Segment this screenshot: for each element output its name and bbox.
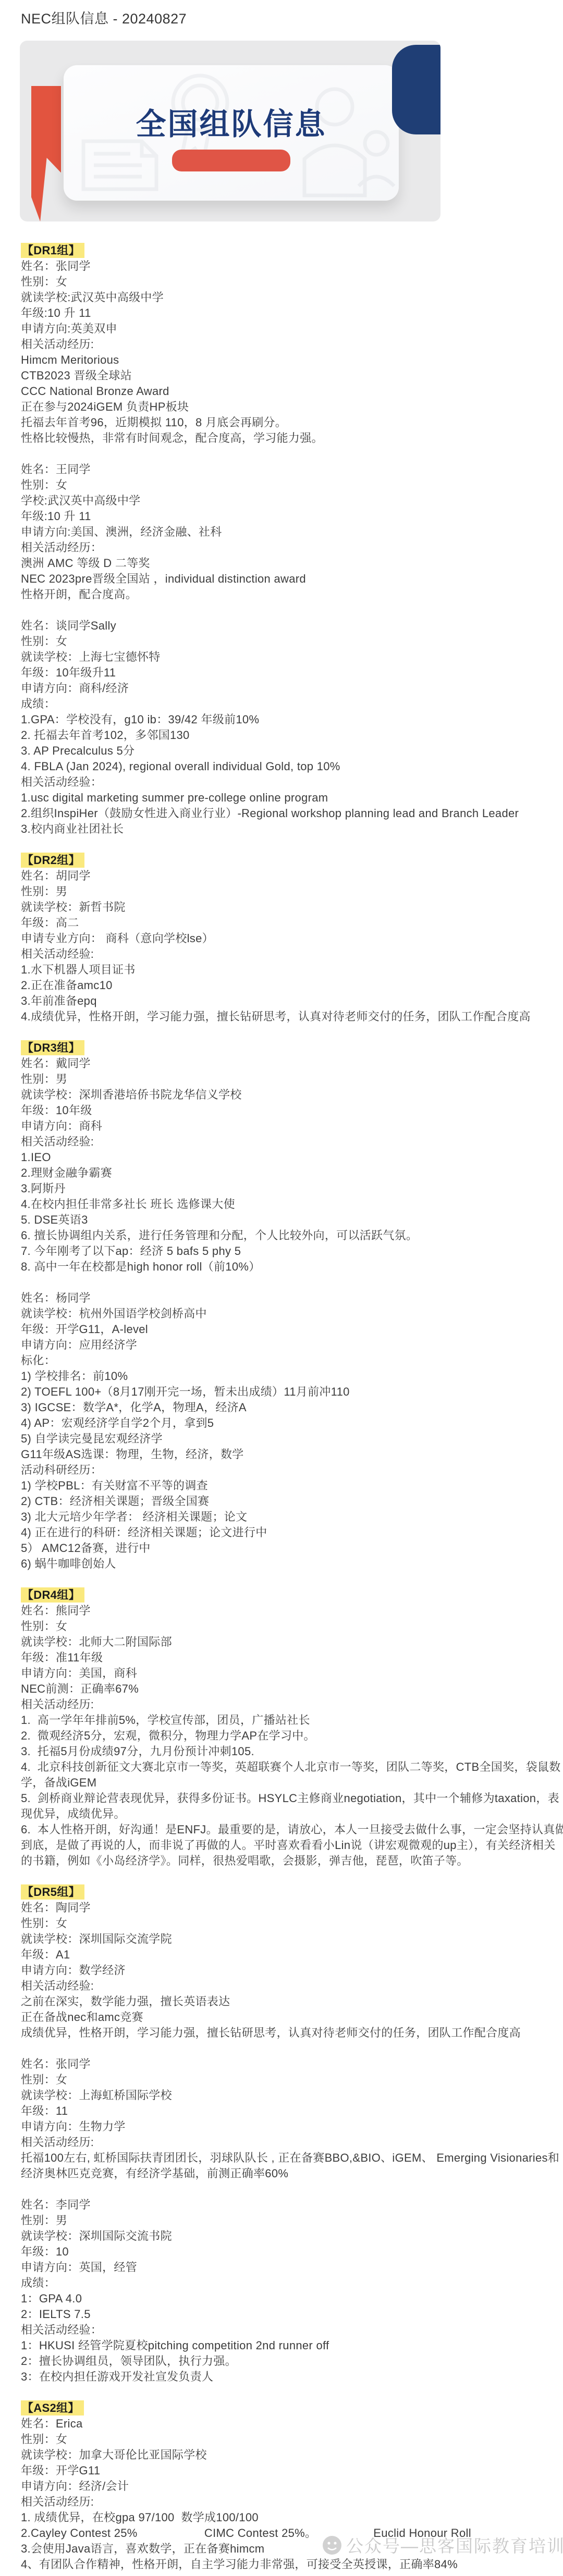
body-line: 成绩优异，性格开朗，学习能力强，擅长钻研思考，认真对待老师交付的任务，团队工作配… <box>21 2025 547 2041</box>
blue-blob-decoration <box>392 45 440 134</box>
body-line: 3.校内商业社团社长 <box>21 821 547 837</box>
body-line: 8. 高中一年在校都是high honor roll（前10%） <box>21 1259 547 1275</box>
body-line: 年级：10年级 <box>21 1103 547 1118</box>
body-line: 申请方向：经济/会计 <box>21 2479 547 2494</box>
body-line: 4.成绩优异，性格开朗，学习能力强，擅长钻研思考，认真对待老师交付的任务，团队工… <box>21 1009 547 1025</box>
body-line: CCC National Bronze Award <box>21 384 547 399</box>
body-line: 就读学校：加拿大哥伦比亚国际学校 <box>21 2447 547 2463</box>
body-line: 姓名：王同学 <box>21 462 547 477</box>
body-line: 澳洲 AMC 等级 D 二等奖 <box>21 556 547 571</box>
body-line: 1.IEO <box>21 1150 547 1165</box>
body-line: 申请方向：数学经济 <box>21 1963 547 1978</box>
body-line: 1. 高一学年年排前5%，学校宣传部，团员，广播站社长 <box>21 1712 547 1728</box>
body-line: 3) IGCSE：数学A*，化学A，物理A，经济A <box>21 1400 547 1415</box>
body-line <box>21 1869 547 1884</box>
body-line: 6) 蜗牛咖啡创始人 <box>21 1556 547 1572</box>
body-line: 申请方向：生物力学 <box>21 2119 547 2135</box>
body-line: 4. 北京科技创新征文大赛北京市一等奖，英超联赛个人北京市一等奖，团队二等奖，C… <box>21 1759 547 1775</box>
body-line: 申请方向：应用经济学 <box>21 1337 547 1353</box>
body-line: 就读学校：杭州外国语学校剑桥高中 <box>21 1306 547 1322</box>
body-line: 性别：男 <box>21 884 547 899</box>
body-line: 姓名：陶同学 <box>21 1900 547 1916</box>
body-line: 活动科研经历： <box>21 1462 547 1478</box>
body-line: 1.usc digital marketing summer pre-colle… <box>21 790 547 806</box>
body-line: 姓名：熊同学 <box>21 1603 547 1619</box>
body-line: 正在备战nec和amc竞赛 <box>21 2010 547 2025</box>
body-line: 姓名：Erica <box>21 2416 547 2432</box>
body-line: 就读学校：新哲书院 <box>21 899 547 915</box>
body-line: 4、有团队合作精神，性格开朗，自主学习能力非常强，可接受全英授课，正确率84% <box>21 2557 547 2572</box>
body-line: 2.Cayley Contest 25% CIMC Contest 25%。 E… <box>21 2525 547 2541</box>
body-line: 性别：女 <box>21 1916 547 1931</box>
body-line: CTB2023 晋级全球站 <box>21 368 547 384</box>
group-tag: 【DR5组】 <box>21 1884 84 1900</box>
banner-card: 全国组队信息 <box>64 65 399 201</box>
body-line: 就读学校：上海虹桥国际学校 <box>21 2088 547 2103</box>
body-line: G11年级AS选课：物理，生物，经济，数学 <box>21 1447 547 1462</box>
body-line: 年级：A1 <box>21 1947 547 1963</box>
body-line: 年级：11 <box>21 2103 547 2119</box>
body-line: 4. FBLA (Jan 2024), regional overall ind… <box>21 759 547 774</box>
body-line: 1.水下机器人项目证书 <box>21 962 547 978</box>
body-line: 2) TOEFL 100+（8月17刚开完一场，暂未出成绩）11月前冲110 <box>21 1384 547 1400</box>
body-line: 之前在深实，数学能力强，擅长英语表达 <box>21 1994 547 2010</box>
body-line: 就读学校:武汉英中高级中学 <box>21 290 547 305</box>
body-line: 5) 自学读完曼昆宏观经济学 <box>21 1431 547 1447</box>
body-line: 就读学校：深圳国际交流书院 <box>21 2228 547 2244</box>
body-line <box>21 446 547 462</box>
body-line: 申请方向:英美双申 <box>21 321 547 337</box>
body-line: 就读学校：上海七宝德怀特 <box>21 649 547 665</box>
body-line <box>21 602 547 618</box>
group-tag: 【AS2组】 <box>21 2400 84 2415</box>
body-line <box>21 1025 547 1040</box>
body-line: 申请方向：英国，经管 <box>21 2260 547 2275</box>
body-line: 申请方向：美国，商科 <box>21 1666 547 1681</box>
body-line: 相关活动经验： <box>21 2322 547 2338</box>
body-line: 年级：开学G11，A-level <box>21 1322 547 1337</box>
body-line: 6. 擅长协调组内关系，进行任务管理和分配，个人比较外向，可以活跃气氛。 <box>21 1228 547 1243</box>
body-line: 1：GPA 4.0 <box>21 2291 547 2307</box>
banner-underline <box>172 150 290 171</box>
group-tag: 【DR3组】 <box>21 1040 84 1055</box>
body-line: 3. 托福5月份成绩97分，九月份预计冲刺105. <box>21 1744 547 1759</box>
body-line: 相关活动经验: <box>21 1978 547 1994</box>
banner-title: 全国组队信息 <box>64 100 399 143</box>
body-line: 性别：女 <box>21 2432 547 2447</box>
body-line: 到底，是做了再说的人，而非说了再做的人。平时喜欢看看小Lin说（讲宏观微观的up… <box>21 1838 547 1853</box>
body-line: 4) AP：宏观经济学自学2个月，拿到5 <box>21 1415 547 1431</box>
body-line: 4) 正在进行的科研：经济相关课题；论文进行中 <box>21 1525 547 1540</box>
body-line <box>21 837 547 853</box>
body-line: 5. DSE英语3 <box>21 1212 547 1228</box>
body-line: 申请方向：商科/经济 <box>21 681 547 696</box>
body-line: 年级：高二 <box>21 915 547 931</box>
banner: 全国组队信息 <box>20 41 440 221</box>
body-line: 成绩： <box>21 2275 547 2291</box>
red-ribbon-decoration <box>31 86 61 221</box>
page-title: NEC组队信息 - 20240827 <box>21 7 187 28</box>
body-lines: 【DR1组】姓名：张同学性别：女就读学校:武汉英中高级中学年级:10 升 11申… <box>21 243 547 2572</box>
body-line: 托福去年首考96，近期模拟 110，8 月底会再刷分。 <box>21 415 547 430</box>
body-line: 姓名：戴同学 <box>21 1056 547 1071</box>
body-line: 相关活动经验: <box>21 946 547 962</box>
body-line: Himcm Meritorious <box>21 352 547 368</box>
group-tag-line: 【DR3组】 <box>21 1040 547 1056</box>
body-line: 姓名：谈同学Sally <box>21 618 547 634</box>
body-line: 1) 学校PBL：有关财富不平等的调查 <box>21 1478 547 1494</box>
body-line: 姓名：李同学 <box>21 2197 547 2213</box>
body-line: 相关活动经历: <box>21 2494 547 2510</box>
body-line: 性格比较慢热，非常有时间观念，配合度高，学习能力强。 <box>21 430 547 446</box>
body-line: NEC 2023pre晋级全国站 ，individual distinction… <box>21 571 547 587</box>
body-line: 1.GPA：学校没有，g10 ib：39/42 年级前10% <box>21 712 547 728</box>
body-line: 3：在校内担任游戏开发社宣发负责人 <box>21 2369 547 2385</box>
body-line: 年级:10 升 11 <box>21 509 547 524</box>
body-line: 1. 成绩优异，在校gpa 97/100 数学成100/100 <box>21 2510 547 2525</box>
body-line: 相关活动经历: <box>21 337 547 352</box>
body-line: 5. 剑桥商业辩论营表现优异，获得多份证书。HSYLC主修商业negotiati… <box>21 1791 547 1806</box>
body-line: 申请专业方向： 商科（意向学校lse） <box>21 931 547 946</box>
body-line: 2.理财金融争霸赛 <box>21 1165 547 1181</box>
group-tag: 【DR2组】 <box>21 853 84 868</box>
body-line: 相关活动经历： <box>21 540 547 556</box>
body-line: 2. 微观经济5分，宏观，微积分，物理力学AP在学习中。 <box>21 1728 547 1744</box>
body-line: 2.组织InspiHer（鼓励女性进入商业行业）-Regional worksh… <box>21 806 547 821</box>
body-line: 年级：10 <box>21 2244 547 2260</box>
body-line: 姓名：张同学 <box>21 258 547 274</box>
body-line: 性别：女 <box>21 477 547 493</box>
body-line: 3) 北大元培少年学者： 经济相关课题；论文 <box>21 1509 547 1525</box>
body-line: 5） AMC12备赛，进行中 <box>21 1540 547 1556</box>
body-line: 2) CTB：经济相关课题；晋级全国赛 <box>21 1494 547 1509</box>
body-line: 就读学校：北师大二附国际部 <box>21 1634 547 1650</box>
body-line: 学校:武汉英中高级中学 <box>21 493 547 509</box>
body-line: 标化： <box>21 1353 547 1369</box>
body-line: 的书籍，例如《小岛经济学》。同样，很热爱唱歌，会摄影，弹吉他，琵琶，吹笛子等。 <box>21 1853 547 1869</box>
body-line: 3. AP Precalculus 5分 <box>21 743 547 759</box>
group-tag-line: 【DR2组】 <box>21 853 547 868</box>
body-line: 性别：男 <box>21 1071 547 1087</box>
body-line: 7. 今年刚考了以下ap：经济 5 bafs 5 phy 5 <box>21 1243 547 1259</box>
body-line <box>21 2385 547 2400</box>
body-line <box>21 2041 547 2056</box>
body-line: 2：擅长协调组员，领导团队，执行力强。 <box>21 2353 547 2369</box>
body-line <box>21 1275 547 1290</box>
body-line: 2.正在准备amc10 <box>21 978 547 993</box>
body-line: 性别：女 <box>21 2072 547 2088</box>
body-line: 性别：女 <box>21 634 547 649</box>
group-tag: 【DR4组】 <box>21 1587 84 1603</box>
body-line: 相关活动经验： <box>21 774 547 790</box>
body-line: 学，备战iGEM <box>21 1775 547 1791</box>
body-line: 年级：准11年级 <box>21 1650 547 1666</box>
group-tag-line: 【AS2组】 <box>21 2400 547 2416</box>
body-line: 现优异，成绩优异。 <box>21 1806 547 1822</box>
body-line: 性别：男 <box>21 2213 547 2228</box>
body-line: 申请方向：商科 <box>21 1118 547 1134</box>
body-line: 1：HKUSI 经管学院夏校pitching competition 2nd r… <box>21 2338 547 2353</box>
group-tag-line: 【DR4组】 <box>21 1587 547 1603</box>
body-line: 就读学校：深圳国际交流学院 <box>21 1931 547 1947</box>
body-line: 姓名：杨同学 <box>21 1290 547 1306</box>
body-line: 成绩： <box>21 696 547 712</box>
body-line: 3.会使用Java语言，喜欢数学，正在备赛himcm <box>21 2541 547 2557</box>
group-tag-line: 【DR1组】 <box>21 243 547 258</box>
document-icon <box>83 141 156 189</box>
body-line: 2：IELTS 7.5 <box>21 2307 547 2322</box>
body-line: 2. 托福去年首考102，多邻国130 <box>21 728 547 743</box>
body-line: 姓名：胡同学 <box>21 868 547 884</box>
group-tag-line: 【DR5组】 <box>21 1884 547 1900</box>
body-line: 4.在校内担任非常多社长 班长 选修课大使 <box>21 1197 547 1212</box>
body-line: 年级：开学G11 <box>21 2463 547 2479</box>
body-line: 年级:10 升 11 <box>21 305 547 321</box>
body-line: 3.阿斯丹 <box>21 1181 547 1197</box>
body-line: 经济奥林匹克竞赛，有经济学基础，前测正确率60% <box>21 2166 547 2181</box>
body-line: 1) 学校排名：前10% <box>21 1369 547 1384</box>
body-line: 相关活动经历: <box>21 2135 547 2150</box>
body-line: 性别：女 <box>21 1619 547 1634</box>
body-line: 6. 本人性格开朗，好沟通！是ENFJ。最重要的是，请放心，本人一旦接受去做什么… <box>21 1822 547 1838</box>
body-line: 申请方向:美国、澳洲，经济金融、社科 <box>21 524 547 540</box>
body-line <box>21 1572 547 1587</box>
group-tag: 【DR1组】 <box>21 243 84 258</box>
body-line: 就读学校：深圳香港培侨书院龙华信义学校 <box>21 1087 547 1103</box>
body-line: 3.年前准备epq <box>21 993 547 1009</box>
body-line: 性别：女 <box>21 274 547 290</box>
body-line: 托福100左右, 虹桥国际扶青团团长，羽球队队长 , 正在备赛BBO,&BIO、… <box>21 2150 547 2166</box>
body-line: NEC前测：正确率67% <box>21 1681 547 1697</box>
body-line: 姓名：张同学 <box>21 2056 547 2072</box>
body-line: 相关活动经历: <box>21 1697 547 1712</box>
body-line: 正在参与2024iGEM 负责HP板块 <box>21 399 547 415</box>
body-line <box>21 2181 547 2197</box>
body-line: 性格开朗，配合度高。 <box>21 587 547 602</box>
body-line: 年级：10年级升11 <box>21 665 547 681</box>
body-line: 相关活动经验: <box>21 1134 547 1150</box>
